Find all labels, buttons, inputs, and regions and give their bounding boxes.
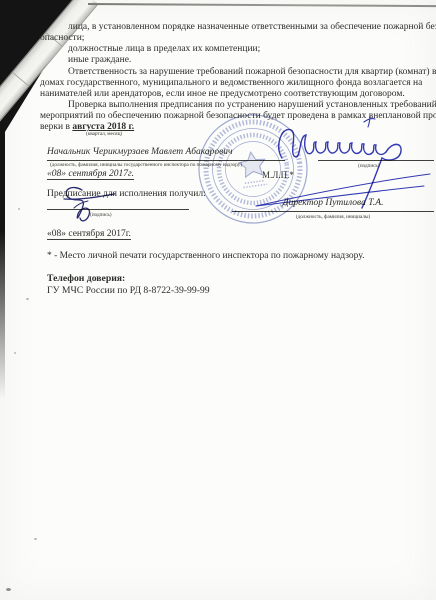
hotline-title: Телефон доверия:: [47, 273, 125, 284]
recipient-date: «08» сентября 2017г.: [47, 229, 131, 240]
body-line: Ответственность за нарушение требований …: [40, 67, 432, 78]
body-line: должностные лица в пределах их компетенц…: [40, 44, 432, 55]
scan-speck: [6, 588, 11, 591]
page-top-edge: [88, 3, 436, 7]
body-line: Проверка выполнения предписания по устра…: [40, 100, 432, 111]
scan-speck: [34, 538, 37, 540]
scanned-document-page: лица, в установленном порядке назначенны…: [0, 0, 436, 600]
body-line: иные граждане.: [40, 55, 432, 66]
recipient-signature-ink: [50, 182, 144, 228]
fold-segment-line: [12, 72, 29, 86]
inspection-date-prefix: верки в: [40, 122, 72, 132]
seal-footnote: * - Место личной печати государственного…: [47, 251, 364, 261]
inspector-date: «08» сентября 2017г.: [47, 169, 134, 180]
body-line: нанимателей или арендаторов, если иное н…: [40, 89, 432, 100]
signature-flourish-ink: [240, 164, 436, 214]
body-line: домах государственного, муниципального и…: [40, 78, 432, 89]
body-line: опасности;: [40, 33, 432, 44]
quarter-month-caption: (квартал, месяц): [86, 131, 122, 137]
scan-speck: [14, 352, 16, 354]
hotline-number: ГУ МЧС России по РД 8-8722-39-99-99: [47, 285, 210, 296]
body-line: лица, в установленном порядке назначенны…: [40, 22, 432, 33]
scan-speck: [26, 298, 29, 300]
scanner-edge-left: [0, 0, 5, 420]
scan-speck: [18, 208, 20, 210]
